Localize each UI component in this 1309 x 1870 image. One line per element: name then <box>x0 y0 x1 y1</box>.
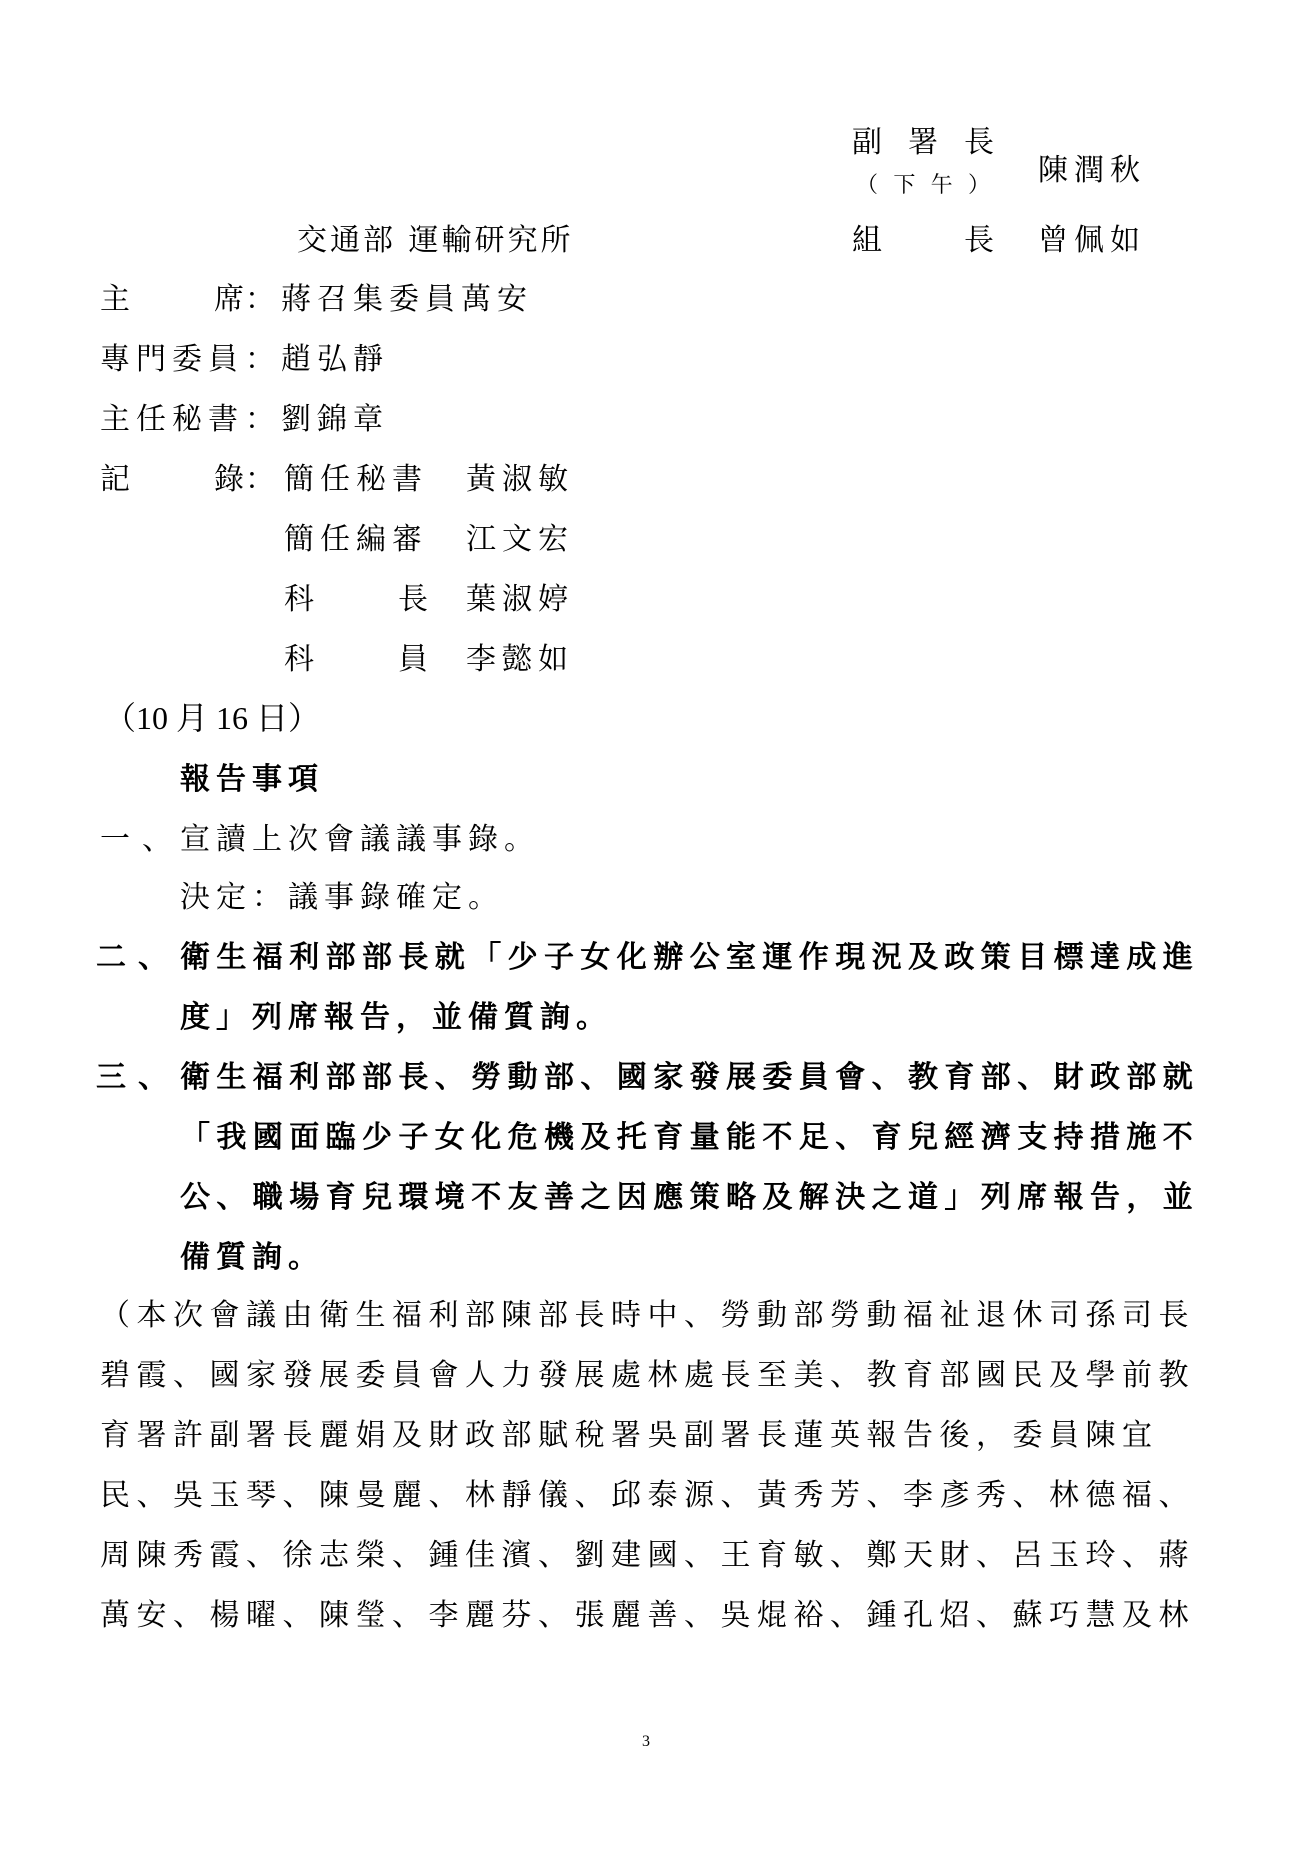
section-heading: 報告事項 <box>180 762 324 798</box>
recorder-title: 科 員 <box>284 642 428 678</box>
paragraph-line: 周陳秀霞、徐志榮、鍾佳濱、劉建國、王育敏、鄭天財、呂玉玲、蔣 <box>100 1538 1195 1574</box>
note-char: 下 <box>893 172 915 200</box>
colon: ： <box>245 342 275 378</box>
note-char: 午 <box>931 172 953 200</box>
secretary-value: 劉錦章 <box>281 402 389 438</box>
colon: ： <box>245 462 275 498</box>
specialist-label: 專門委員 <box>100 342 244 378</box>
section-chief-name: 曾佩如 <box>1038 223 1146 259</box>
item-text: 「我國面臨少子女化危機及托育量能不足、育兒經濟支持措施不 <box>180 1120 1199 1156</box>
title-char: 組 <box>852 223 882 259</box>
section-chief-title: 組 長 <box>852 223 994 259</box>
item-number: 三、 <box>96 1060 180 1096</box>
specialist-value: 趙弘靜 <box>281 342 389 378</box>
title-char: 署 <box>908 125 938 161</box>
deputy-director-title: 副 署 長 <box>852 125 994 161</box>
organization-name: 交通部 運輸研究所 <box>297 223 574 259</box>
note-char: ） <box>968 172 990 200</box>
item-text: 衛生福利部部長就「少子女化辦公室運作現況及政策目標達成進 <box>180 940 1199 976</box>
title-char: 副 <box>852 125 882 161</box>
recorder-name: 江文宏 <box>466 522 574 558</box>
recorder-title: 簡任秘書 <box>284 462 428 498</box>
paragraph-line: 育署許副署長麗娟及財政部賦稅署吳副署長蓮英報告後，委員陳宜 <box>100 1418 1159 1454</box>
item-text: 公、職場育兒環境不友善之因應策略及解決之道」列席報告，並 <box>180 1180 1199 1216</box>
page-number: 3 <box>642 1732 650 1752</box>
deputy-director-note: （ 下 午 ） <box>856 172 990 200</box>
deputy-director-name: 陳潤秋 <box>1038 153 1146 189</box>
recorder-title: 科 長 <box>284 582 428 618</box>
recorder-name: 葉淑婷 <box>466 582 574 618</box>
recorder-name: 李懿如 <box>466 642 574 678</box>
secretary-label: 主任秘書 <box>100 402 244 438</box>
item-text: 度」列席報告，並備質詢。 <box>180 1000 612 1036</box>
paragraph-line: 碧霞、國家發展委員會人力發展處林處長至美、教育部國民及學前教 <box>100 1358 1195 1394</box>
item-text: 衛生福利部部長、勞動部、國家發展委員會、教育部、財政部就 <box>180 1060 1199 1096</box>
record-label: 記 錄 <box>100 462 244 498</box>
title-char: 長 <box>964 125 994 161</box>
item-text: 備質詢。 <box>180 1240 324 1276</box>
item-number: 二、 <box>96 940 180 976</box>
recorder-name: 黃淑敏 <box>466 462 574 498</box>
session-date: （10 月 16 日） <box>104 700 320 736</box>
item-text: 宣讀上次會議議事錄。 <box>180 822 540 858</box>
colon: ： <box>245 402 275 438</box>
paragraph-line: 萬安、楊曜、陳瑩、李麗芬、張麗善、吳焜裕、鍾孔炤、蘇巧慧及林 <box>100 1598 1195 1634</box>
item-decision: 決定：議事錄確定。 <box>180 880 504 916</box>
chair-value: 蔣召集委員萬安 <box>281 282 533 318</box>
paragraph-line: （本次會議由衛生福利部陳部長時中、勞動部勞動福祉退休司孫司長 <box>100 1298 1195 1334</box>
title-char: 長 <box>964 223 994 259</box>
paragraph-line: 民、吳玉琴、陳曼麗、林靜儀、邱泰源、黃秀芳、李彥秀、林德福、 <box>100 1478 1195 1514</box>
recorder-title: 簡任編審 <box>284 522 428 558</box>
colon: ： <box>245 282 275 318</box>
chair-label: 主 席 <box>100 282 244 318</box>
item-number: 一、 <box>100 822 184 858</box>
note-char: （ <box>856 172 878 200</box>
